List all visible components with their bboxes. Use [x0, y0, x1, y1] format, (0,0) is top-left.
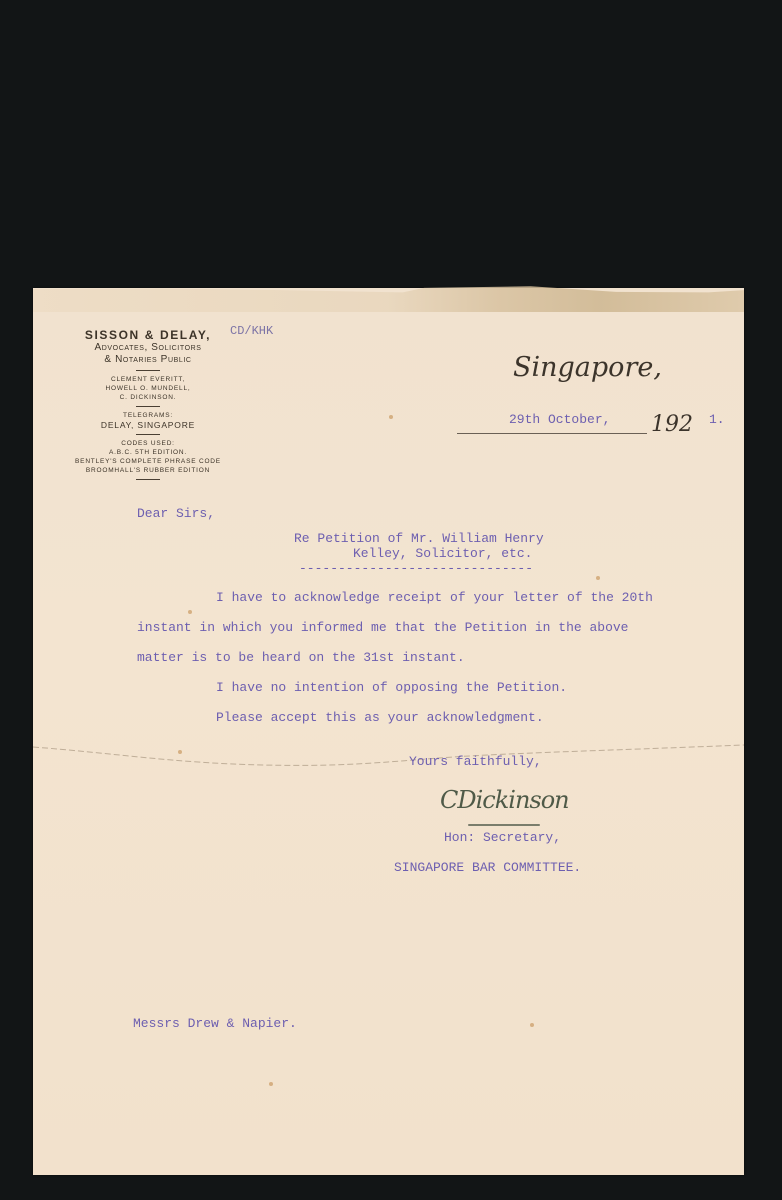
stain-spot	[178, 750, 182, 754]
fold-crease	[33, 743, 744, 773]
code-entry: BENTLEY'S COMPLETE PHRASE CODE	[63, 457, 233, 466]
addressee: Messrs Drew & Napier.	[133, 1016, 297, 1031]
partner-name: C. DICKINSON.	[63, 393, 233, 402]
code-entry: BROOMHALL'S RUBBER EDITION	[63, 466, 233, 475]
signatory-organisation: SINGAPORE BAR COMMITTEE.	[394, 860, 581, 875]
subject-line-1: Re Petition of Mr. William Henry	[294, 531, 544, 546]
stain-spot	[269, 1082, 273, 1086]
place-heading: Singapore,	[513, 352, 662, 383]
date-year-printed: 192	[651, 412, 693, 437]
subject-underline: ------------------------------	[299, 561, 533, 576]
body-line: I have to acknowledge receipt of your le…	[216, 590, 653, 605]
code-entry: A.B.C. 5TH EDITION.	[63, 448, 233, 457]
stain-spot	[389, 415, 393, 419]
signatory-title: Hon: Secretary,	[444, 830, 561, 845]
subject-line-2: Kelley, Solicitor, etc.	[353, 546, 532, 561]
closing: Yours faithfully,	[409, 754, 542, 769]
body-line: I have no intention of opposing the Peti…	[216, 680, 567, 695]
body-line: instant in which you informed me that th…	[137, 620, 628, 635]
stain-spot	[530, 1023, 534, 1027]
firm-description-1: Advocates, Solicitors	[63, 342, 233, 354]
firm-description-2: & Notaries Public	[63, 354, 233, 366]
telegrams-label: TELEGRAMS:	[63, 411, 233, 420]
stain-spot	[596, 576, 600, 580]
partner-name: HOWELL O. MUNDELL,	[63, 384, 233, 393]
date-year-typed: 1.	[709, 412, 725, 427]
divider	[136, 370, 160, 371]
date-rule	[457, 433, 647, 434]
salutation: Dear Sirs,	[137, 506, 215, 521]
letterhead: SISSON & DELAY, Advocates, Solicitors & …	[63, 328, 233, 484]
telegrams-value: DELAY, SINGAPORE	[63, 420, 233, 430]
reference-code: CD/KHK	[230, 324, 273, 338]
body-line: Please accept this as your acknowledgmen…	[216, 710, 544, 725]
divider	[136, 434, 160, 435]
signature-flourish	[468, 824, 540, 826]
body-line: matter is to be heard on the 31st instan…	[137, 650, 465, 665]
partner-name: CLEMENT EVERITT,	[63, 375, 233, 384]
codes-label: CODES USED:	[63, 439, 233, 448]
date-day-month: 29th October,	[509, 412, 610, 427]
torn-top-edge	[33, 284, 744, 312]
firm-name: SISSON & DELAY,	[63, 328, 233, 342]
handwritten-signature: CDickinson	[440, 786, 569, 814]
divider	[136, 479, 160, 480]
letter-paper: SISSON & DELAY, Advocates, Solicitors & …	[33, 288, 744, 1175]
divider	[136, 406, 160, 407]
stain-spot	[188, 610, 192, 614]
